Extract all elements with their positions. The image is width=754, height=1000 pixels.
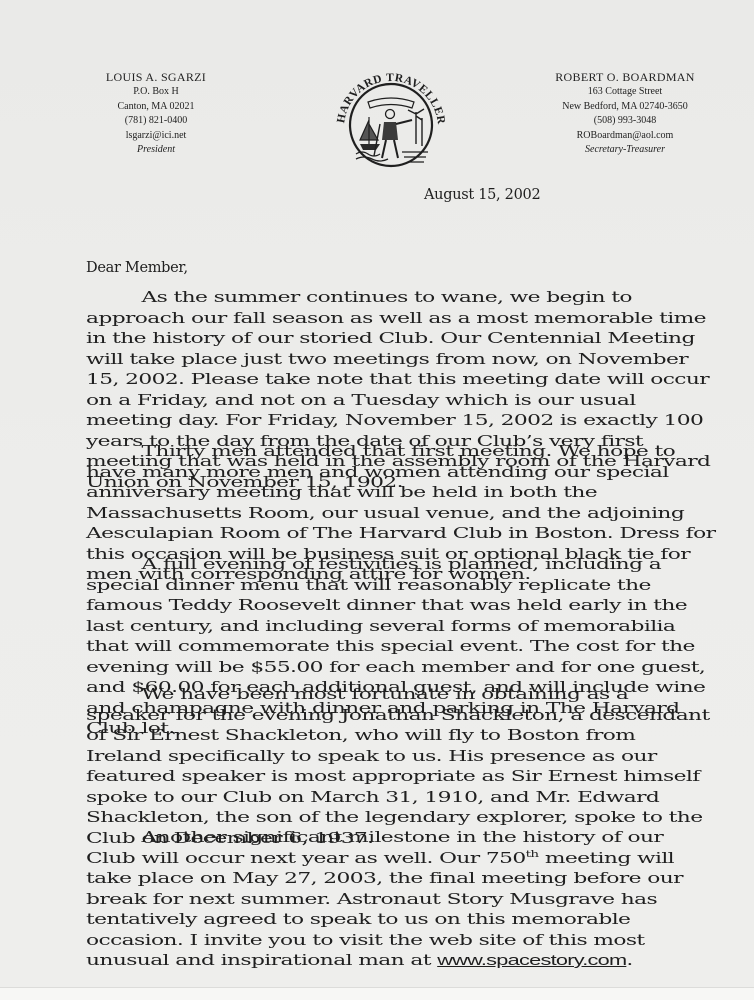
secretary-email: ROBoardman@aol.com	[545, 129, 705, 144]
paragraph-milestone: Another significant milestone in the his…	[86, 828, 716, 972]
secretary-title: Secretary-Treasurer	[545, 143, 705, 158]
paragraph-speaker: We have been most fortunate in obtaining…	[86, 685, 716, 849]
scan-edge	[0, 987, 754, 1000]
salutation: Dear Member,	[86, 260, 188, 276]
president-email: lsgarzi@ici.net	[100, 129, 212, 144]
milestone-text-part2: meeting will take place on May 27, 2003,…	[86, 851, 683, 970]
milestone-text-part3: .	[626, 953, 632, 969]
secretary-name: ROBERT O. BOARDMAN	[545, 70, 705, 85]
svg-text:HARVARD TRAVELLERS CLUB: HARVARD TRAVELLERS CLUB	[330, 62, 447, 126]
president-address-line2: Canton, MA 02021	[100, 100, 212, 115]
president-phone: (781) 821-0400	[100, 114, 212, 129]
president-address-line1: P.O. Box H	[100, 85, 212, 100]
president-contact-block: LOUIS A. SGARZI P.O. Box H Canton, MA 02…	[100, 70, 212, 158]
ordinal-suffix: th	[526, 850, 539, 860]
secretary-address-line1: 163 Cottage Street	[545, 85, 705, 100]
secretary-address-line2: New Bedford, MA 02740-3650	[545, 100, 705, 115]
president-name: LOUIS A. SGARZI	[100, 70, 212, 85]
letter-page: LOUIS A. SGARZI P.O. Box H Canton, MA 02…	[0, 0, 754, 987]
secretary-contact-block: ROBERT O. BOARDMAN 163 Cottage Street Ne…	[545, 70, 705, 158]
president-title: President	[100, 143, 212, 158]
spacestory-link[interactable]: www.spacestory.com	[437, 953, 626, 969]
secretary-phone: (508) 993-3048	[545, 114, 705, 129]
club-seal-icon: HARVARD TRAVELLERS CLUB	[330, 62, 452, 184]
letter-date: August 15, 2002	[424, 187, 540, 203]
